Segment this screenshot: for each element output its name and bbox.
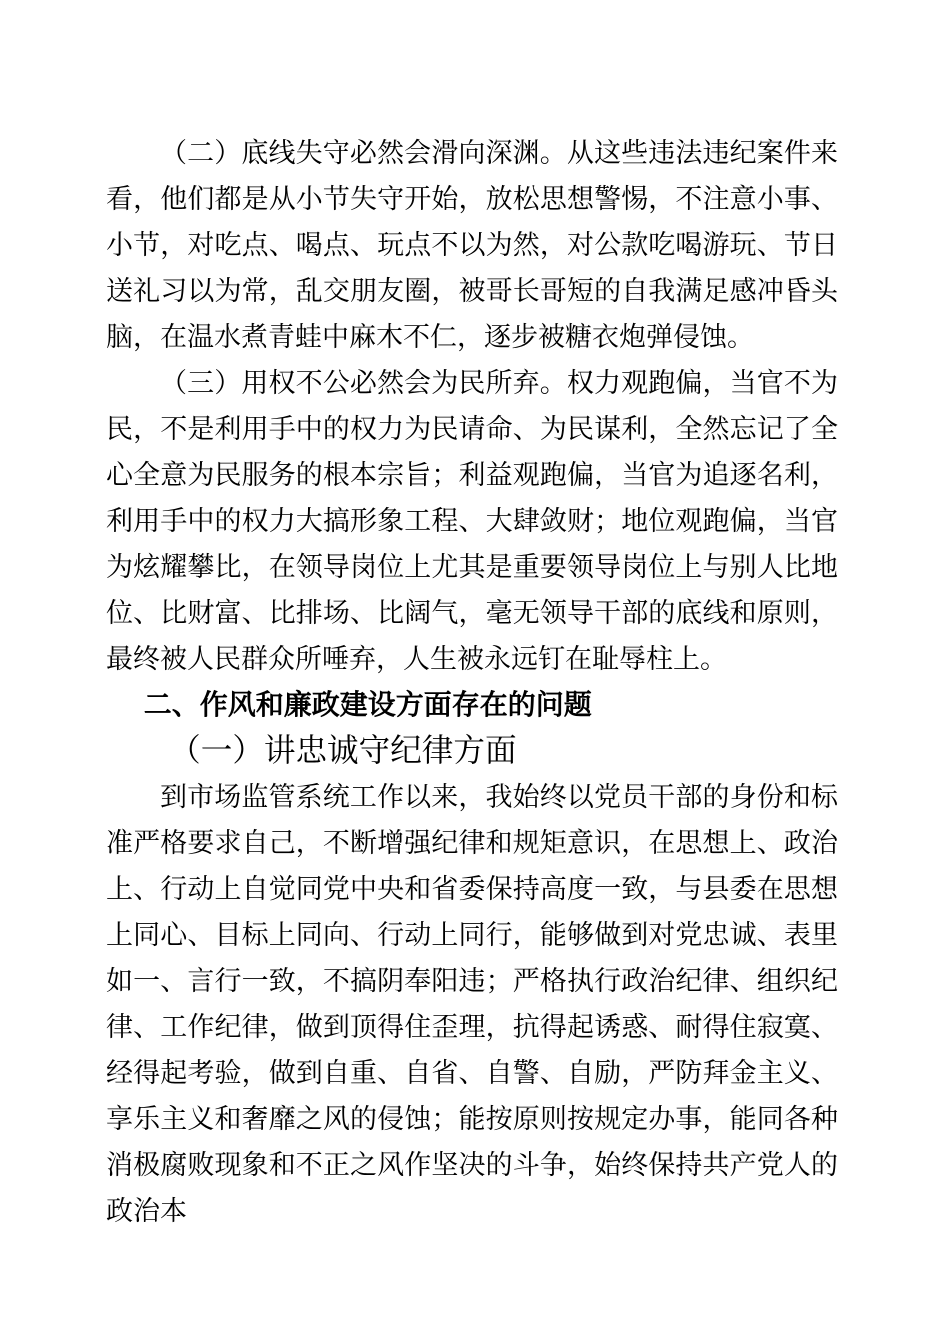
- body-paragraph-3: 到市场监管系统工作以来，我始终以党员干部的身份和标准严格要求自己，不断增强纪律和…: [106, 774, 838, 1234]
- document-body: （二）底线失守必然会滑向深渊。从这些违法违纪案件来看，他们都是从小节失守开始，放…: [106, 130, 838, 1234]
- body-paragraph-1: （二）底线失守必然会滑向深渊。从这些违法违纪案件来看，他们都是从小节失守开始，放…: [106, 130, 838, 360]
- body-paragraph-2: （三）用权不公必然会为民所弃。权力观跑偏，当官不为民，不是利用手中的权力为民请命…: [106, 360, 838, 682]
- subsection-heading: （一）讲忠诚守纪律方面: [106, 728, 838, 774]
- section-heading: 二、作风和廉政建设方面存在的问题: [106, 682, 838, 728]
- document-page: （二）底线失守必然会滑向深渊。从这些违法违纪案件来看，他们都是从小节失守开始，放…: [0, 0, 950, 1344]
